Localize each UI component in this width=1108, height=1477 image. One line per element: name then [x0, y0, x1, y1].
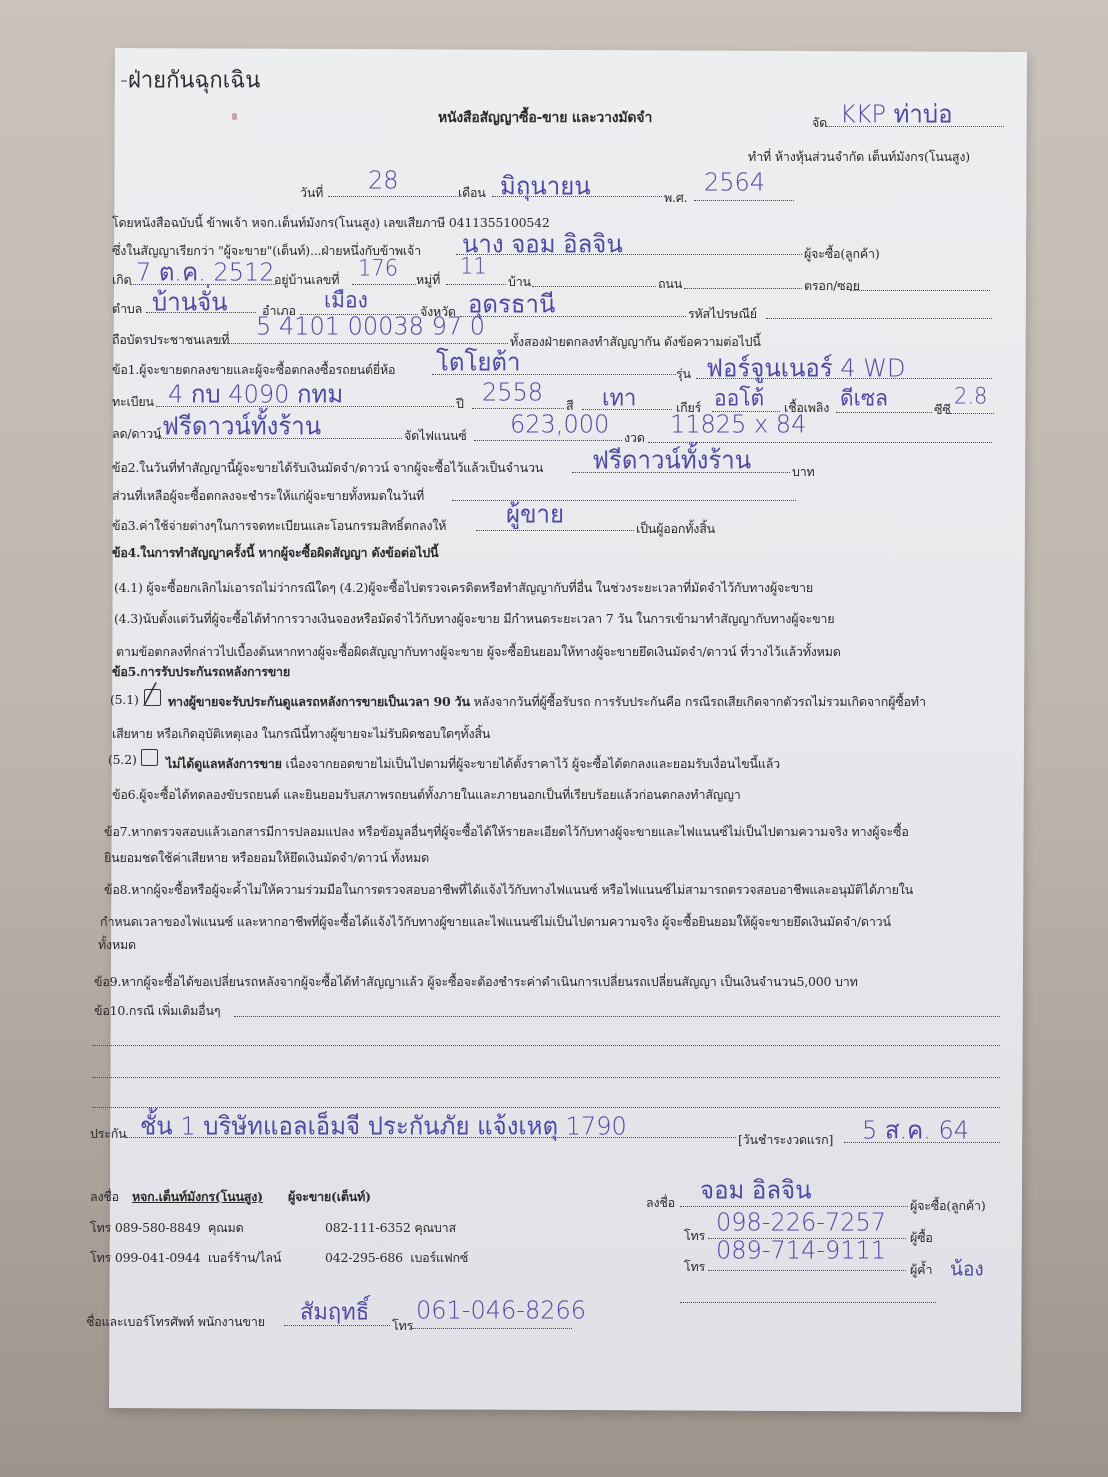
clause2-balance-text: ส่วนที่เหลือผู้จะซื้อตกลงจะชำระให้แก่ผู้…	[112, 486, 424, 506]
moo-label: หมู่ที่	[416, 270, 440, 290]
clause5-2-bold: ไม่ได้ดูแลหลังการขาย	[166, 756, 282, 771]
month-value: มิถุนายน	[500, 165, 591, 206]
moo-value: 11	[460, 253, 487, 278]
seller-role: ผู้จะขาย(เต็นท์)	[288, 1187, 371, 1207]
day-value: 28	[368, 165, 399, 194]
installment-value: 11825 x 84	[670, 409, 806, 438]
registration-label: ทะเบียน	[112, 392, 154, 412]
clause3-text: ข้อ3.ค่าใช้จ่ายต่างๆในการจดทะเบียนและโอน…	[112, 516, 446, 536]
cc-label: ซีซี	[934, 400, 951, 420]
deposit-amount-value: ฟรีดาวน์ทั้งร้าน	[592, 439, 751, 480]
buyer-phone-role: ผู้ซื้อ	[910, 1228, 933, 1248]
finance-amount-value: 623,000	[510, 409, 609, 438]
clause5-2-text: ไม่ได้ดูแลหลังการขาย เนื่องจากยอดขายไม่เ…	[166, 754, 780, 774]
id-number-value: 5 4101 00038 97 0	[256, 311, 485, 340]
seller-phone-2: 082-111-6352 คุณบาส	[325, 1218, 456, 1238]
contract-location: ทำที่ ห้างหุ้นส่วนจำกัด เต็นท์มังกร(โนนส…	[748, 147, 970, 167]
clause5-1-rest: หลังจากวันที่ผู้ซื้อรับรถ การรับประกันคื…	[470, 694, 926, 709]
finance-company-value: KKP ท่าบ่อ	[840, 93, 953, 134]
buyer-phone-value: 098-226-7257	[716, 1207, 886, 1236]
subdistrict-label: ตำบล	[112, 299, 142, 319]
ink-mark	[232, 113, 237, 120]
house-no-value: 176	[358, 255, 398, 280]
guarantor-phone-role: ผู้ค้ำ	[910, 1260, 932, 1280]
additional-line-2	[92, 1045, 1000, 1046]
clause5-2-rest: เนื่องจากยอดขายไม่เป็นไปตามที่ผู้จะขายได…	[282, 756, 780, 771]
born-label: เกิด	[112, 270, 131, 290]
extra-signature-line	[680, 1302, 936, 1303]
soi-label: ตรอก/ซอย	[804, 276, 860, 296]
clause5-heading: ข้อ5.การรับประกันรถหลังการขาย	[112, 662, 290, 682]
postcode-label: รหัสไปรษณีย์	[688, 304, 757, 324]
salesperson-phone-label: โทร	[392, 1316, 413, 1336]
clause5-1-bold: ทางผู้ขายจะรับประกันดูแลรถหลังการขายเป็น…	[168, 694, 470, 709]
road-label: ถนน	[658, 274, 682, 294]
additional-line-3	[92, 1077, 1000, 1078]
seller-name: หจก.เต็นท์มังกร(โนนสูง)	[132, 1187, 263, 1207]
guarantor-phone-value: 089-714-9111	[716, 1235, 886, 1264]
top-handwritten-note: -ฝ่ายกันฉุกเฉิน	[120, 61, 260, 98]
insurance-label: ประกัน	[90, 1124, 126, 1144]
brand-value: โตโยต้า	[436, 341, 521, 382]
finance-label: จัด	[812, 113, 827, 133]
seller-phone-1: โทร 089-580-8849 คุณมด	[90, 1218, 244, 1238]
seller-sign-label: ลงชื่อ	[90, 1187, 119, 1207]
clause7-line1: ข้อ7.หากตรวจสอบแล้วเอกสารมีการปลอมแปลง ห…	[104, 822, 909, 842]
no-warranty-checkbox[interactable]	[141, 749, 158, 766]
document-title: หนังสือสัญญาซื้อ-ขาย และวางมัดจำ	[438, 107, 652, 129]
day-label: วันที่	[300, 183, 323, 203]
clause6: ข้อ6.ผู้จะซื้อได้ทดลองขับรถยนต์ และยินยอ…	[112, 785, 741, 805]
clause10-label: ข้อ10.กรณี เพิ่มเติมอื่นๆ	[94, 1001, 220, 1021]
model-label: รุ่น	[676, 364, 691, 384]
clause4-heading: ข้อ4.ในการทำสัญญาครั้งนี้ หากผู้จะซื้อผิ…	[112, 543, 438, 563]
insurance-value: ชั้น 1 บริษัทแอลเอ็มจี ประกันภัย แจ้งเหต…	[140, 1105, 627, 1146]
clause9: ข้อ9.หากผู้จะซื้อได้ขอเปลี่ยนรถหลังจากผู…	[94, 972, 858, 992]
clause5-1-text: ทางผู้ขายจะรับประกันดูแลรถหลังการขายเป็น…	[168, 692, 926, 712]
first-payment-value: 5 ส.ค. 64	[862, 1109, 969, 1150]
transfer-fee-payer-value: ผู้ขาย	[506, 493, 564, 534]
month-label: เดือน	[458, 183, 486, 203]
clause5-1-continued: เสียหาย หรือเกิดอุบัติเหตุเอง ในกรณีนี้ท…	[112, 724, 490, 744]
clause4-1: (4.1) ผู้จะซื้อยกเลิกไม่เอารถไม่ว่ากรณีใ…	[114, 578, 813, 598]
buyer-role: ผู้จะซื้อ(ลูกค้า)	[910, 1196, 986, 1216]
clause2-unit: บาท	[792, 462, 815, 482]
clause5-2-number: (5.2)	[108, 752, 137, 767]
buyer-signature: จอม อิลจิน	[700, 1169, 812, 1210]
id-label: ถือบัตรประชาชนเลขที่	[112, 330, 229, 350]
guarantor-note: น้อง	[950, 1253, 984, 1285]
finance-amount-label: จัดไฟแนนซ์	[404, 426, 467, 446]
clause8-line1: ข้อ8.หากผู้จะซื้อหรือผู้จะค้ำไม่ให้ความร…	[104, 880, 913, 900]
clause5-1-number: (5.1)	[110, 692, 139, 707]
subdistrict-value: บ้านจั่น	[152, 281, 228, 322]
clause8-line2: กำหนดเวลาของไฟแนนซ์ และหากอาชีพที่ผู้จะซ…	[100, 912, 891, 932]
buyer-suffix: ผู้จะซื้อ(ลูกค้า)	[804, 244, 880, 264]
buyer-sign-label: ลงชื่อ	[646, 1193, 675, 1213]
checkmark-icon: ╱	[144, 682, 156, 706]
salesperson-label: ชื่อและเบอร์โทรศัพท์ พนักงานขาย	[86, 1312, 265, 1332]
year-label: พ.ศ.	[664, 188, 687, 208]
fuel-value: ดีเซล	[840, 381, 888, 416]
clause4-3: (4.3)นับตั้งแต่วันที่ผู้จะซื้อได้ทำการวา…	[114, 609, 834, 629]
down-payment-label: ลด/ดาวน์	[112, 424, 161, 444]
first-payment-label: [วันชำระงวดแรก]	[738, 1130, 833, 1150]
buyer-phone-label: โทร	[684, 1226, 705, 1246]
down-payment-value: ฟรีดาวน์ทั้งร้าน	[162, 405, 321, 446]
year-value: 2564	[704, 167, 765, 196]
additional-line-1	[234, 1016, 1000, 1017]
vehicle-year-value: 2558	[482, 377, 543, 406]
salesperson-name: สัมฤทธิ์	[300, 1293, 369, 1330]
clause7-line2: ยินยอมชดใช้ค่าเสียหาย หรือยอมให้ยึดเงินม…	[104, 848, 429, 868]
salesperson-phone: 061-046-8266	[416, 1295, 586, 1324]
clause8-line3: ทั้งหมด	[98, 935, 136, 955]
vehicle-year-label: ปี	[456, 394, 464, 414]
guarantor-phone-label: โทร	[684, 1257, 705, 1277]
seller-phone-3: โทร 099-041-0944 เบอร์ร้าน/ไลน์	[90, 1248, 281, 1268]
seller-phone-4: 042-295-686 เบอร์แฟกซ์	[325, 1248, 468, 1268]
clause3-suffix: เป็นผู้ออกทั้งสิ้น	[636, 519, 715, 539]
cc-value: 2.8	[954, 383, 987, 408]
clause2-text: ข้อ2.ในวันที่ทำสัญญานี้ผู้จะขายได้รับเงิ…	[112, 458, 543, 478]
clause4-4: ตามข้อตกลงที่กล่าวไปเบื้องต้นหากทางผู้จะ…	[116, 642, 841, 662]
